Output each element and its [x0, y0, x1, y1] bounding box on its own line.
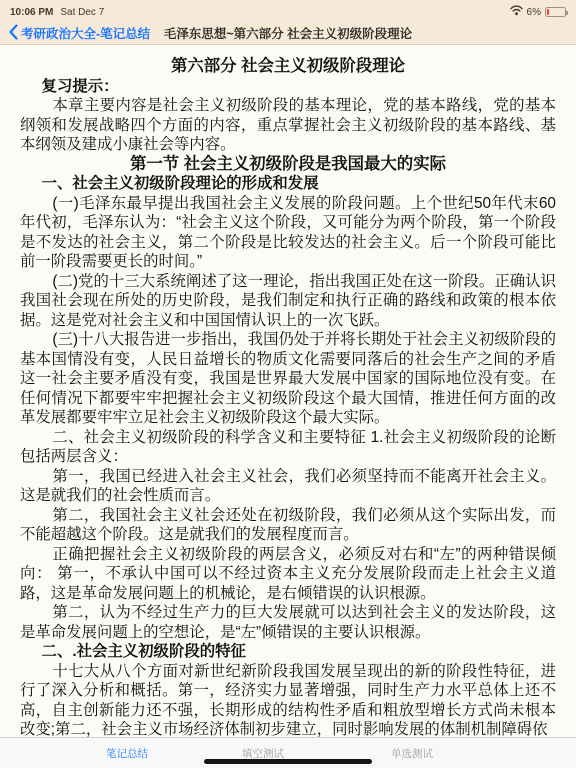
doc-heading: 一、社会主义初级阶段理论的形成和发展 — [20, 174, 556, 194]
doc-heading: 二、.社会主义初级阶段的特征 — [20, 642, 556, 662]
battery-percent: 6% — [527, 7, 541, 18]
doc-heading: 复习提示： — [20, 77, 556, 97]
top-header: 10:06 PM Sat Dec 7 6% 考研政 — [0, 0, 576, 45]
wifi-icon — [510, 5, 523, 19]
back-label: 考研政治大全-笔记总结 — [21, 24, 150, 42]
doc-paragraph: 第一，我国已经进入社会主义社会，我们必须坚持而不能离开社会主义。这是就我们的社会… — [20, 467, 556, 506]
doc-heading: 第六部分 社会主义初级阶段理论 — [20, 57, 556, 77]
document-body[interactable]: 第六部分 社会主义初级阶段理论复习提示：本章主要内容是社会主义初级阶段的基本理论… — [0, 45, 576, 737]
status-bar: 10:06 PM Sat Dec 7 6% — [0, 0, 576, 22]
doc-paragraph: 第二，认为不经过生产力的巨大发展就可以达到社会主义的发达阶段，这是革命发展问题上… — [20, 603, 556, 642]
doc-paragraph: 本章主要内容是社会主义初级阶段的基本理论，党的基本路线，党的基本纲领和发展战略四… — [20, 96, 556, 155]
battery-icon — [545, 7, 566, 17]
doc-paragraph: 第二，我国社会主义社会还处在初级阶段，我们必须从这个实际出发，而不能超越这个阶段… — [20, 506, 556, 545]
home-indicator[interactable] — [204, 759, 372, 764]
nav-bar: 考研政治大全-笔记总结 毛泽东思想~第六部分 社会主义初级阶段理论 — [0, 22, 576, 44]
status-left: 10:06 PM Sat Dec 7 — [10, 7, 104, 18]
tab-1[interactable]: 笔记总结 — [106, 746, 148, 761]
tab-bar: 笔记总结填空测试单选测试 — [0, 737, 576, 768]
page-title: 毛泽东思想~第六部分 社会主义初级阶段理论 — [164, 24, 412, 42]
back-button[interactable]: 考研政治大全-笔记总结 — [8, 22, 150, 44]
chevron-left-icon — [8, 24, 18, 43]
status-date: Sat Dec 7 — [60, 7, 104, 18]
status-time: 10:06 PM — [10, 7, 53, 18]
tab-3[interactable]: 单选测试 — [391, 746, 433, 761]
doc-paragraph: 二、社会主义初级阶段的科学含义和主要特征 1.社会主义初级阶段的论断包括两层含义… — [20, 428, 556, 467]
doc-paragraph: 正确把握社会主义初级阶段的两层含义，必须反对右和“左”的两种错误倾向： 第一，不… — [20, 545, 556, 604]
doc-heading: 第一节 社会主义初级阶段是我国最大的实际 — [20, 155, 556, 175]
doc-paragraph: (二)党的十三大系统阐述了这一理论，指出我国正处在这一阶段。正确认识我国社会现在… — [20, 272, 556, 331]
status-right: 6% — [510, 5, 566, 19]
doc-paragraph: (一)毛泽东最早提出我国社会主义发展的阶段问题。上个世纪50年代末60年代初，毛… — [20, 194, 556, 272]
doc-paragraph: 十七大从八个方面对新世纪新阶段我国发展呈现出的新的阶段性特征，进行了深入分析和概… — [20, 662, 556, 738]
doc-paragraph: (三)十八大报告进一步指出，我国仍处于并将长期处于社会主义初级阶段的基本国情没有… — [20, 330, 556, 428]
